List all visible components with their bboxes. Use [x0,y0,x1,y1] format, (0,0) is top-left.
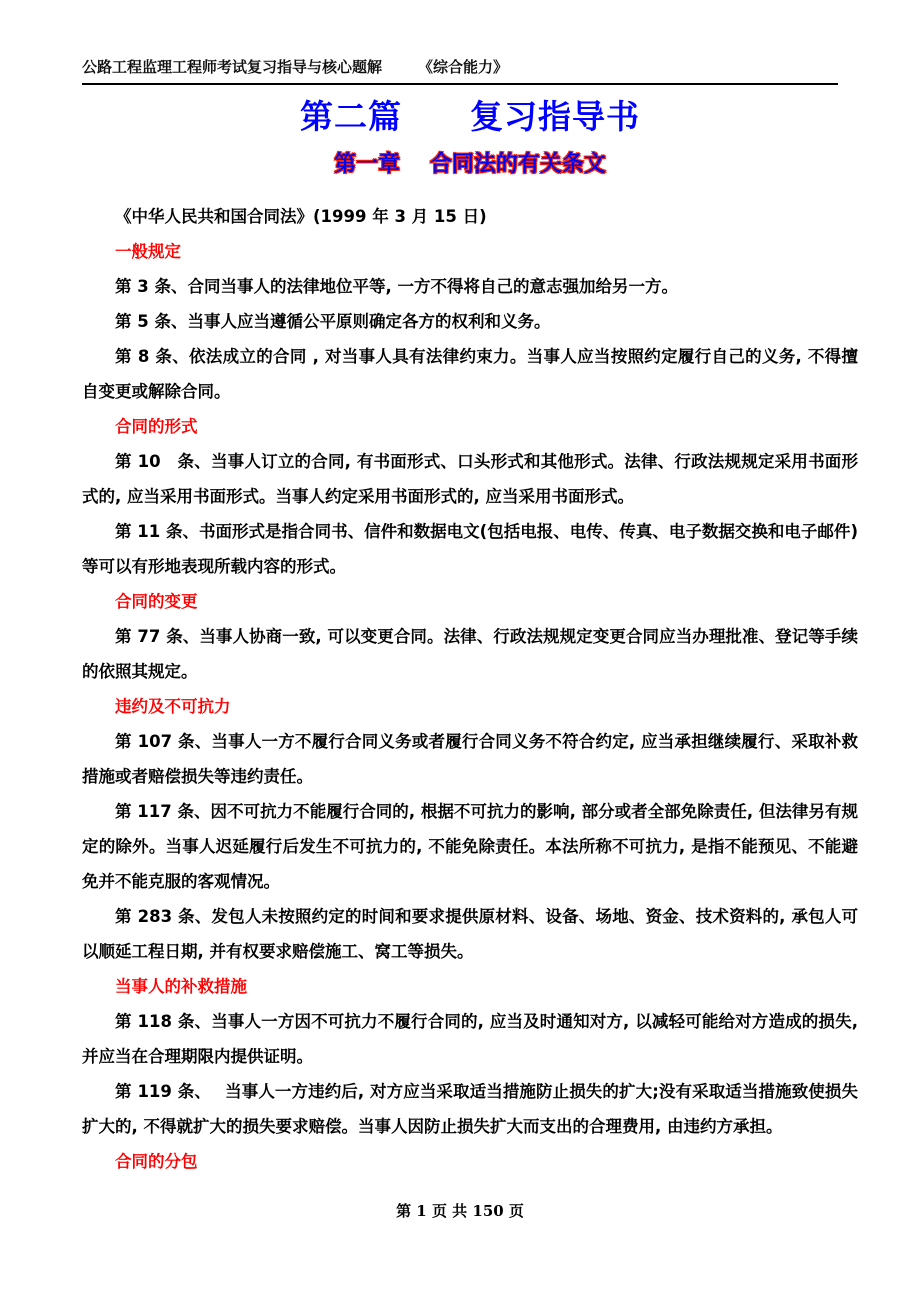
running-header-subject: 《综合能力》 [418,56,508,77]
chapter-title: 第一章 合同法的有关条文 [82,151,858,179]
paragraph: 第 8 条、依法成立的合同 , 对当事人具有法律约束力。当事人应当按照约定履行自… [82,339,858,409]
paragraph: 第 10 条、当事人订立的合同, 有书面形式、口头形式和其他形式。法律、行政法规… [82,444,858,514]
section-heading: 合同的形式 [82,409,858,444]
paragraph: 第 5 条、当事人应当遵循公平原则确定各方的权利和义务。 [82,304,858,339]
paragraph: 第 283 条、发包人未按照约定的时间和要求提供原材料、设备、场地、资金、技术资… [82,899,858,969]
running-header-title: 公路工程监理工程师考试复习指导与核心题解 [82,56,382,77]
part-title: 第二篇 复习指导书 [82,97,858,137]
page-number-footer: 第 1 页 共 150 页 [0,1200,920,1221]
paragraph: 第 77 条、当事人协商一致, 可以变更合同。法律、行政法规规定变更合同应当办理… [82,619,858,689]
paragraph: 《中华人民共和国合同法》(1999 年 3 月 15 日) [82,199,858,234]
paragraph: 第 107 条、当事人一方不履行合同义务或者履行合同义务不符合约定, 应当承担继… [82,724,858,794]
section-heading: 违约及不可抗力 [82,689,858,724]
paragraph: 第 117 条、因不可抗力不能履行合同的, 根据不可抗力的影响, 部分或者全部免… [82,794,858,899]
section-heading: 合同的变更 [82,584,858,619]
section-heading: 一般规定 [82,234,858,269]
section-heading: 合同的分包 [82,1144,858,1179]
paragraph: 第 11 条、书面形式是指合同书、信件和数据电文(包括电报、电传、传真、电子数据… [82,514,858,584]
running-header: 公路工程监理工程师考试复习指导与核心题解 《综合能力》 [82,56,838,85]
paragraph: 第 3 条、合同当事人的法律地位平等, 一方不得将自己的意志强加给另一方。 [82,269,858,304]
paragraph: 第 118 条、当事人一方因不可抗力不履行合同的, 应当及时通知对方, 以减轻可… [82,1004,858,1074]
document-body: 《中华人民共和国合同法》(1999 年 3 月 15 日)一般规定第 3 条、合… [82,199,858,1179]
document-page: 公路工程监理工程师考试复习指导与核心题解 《综合能力》 第二篇 复习指导书 第一… [0,0,920,1179]
paragraph: 第 119 条、 当事人一方违约后, 对方应当采取适当措施防止损失的扩大;没有采… [82,1074,858,1144]
section-heading: 当事人的补救措施 [82,969,858,1004]
